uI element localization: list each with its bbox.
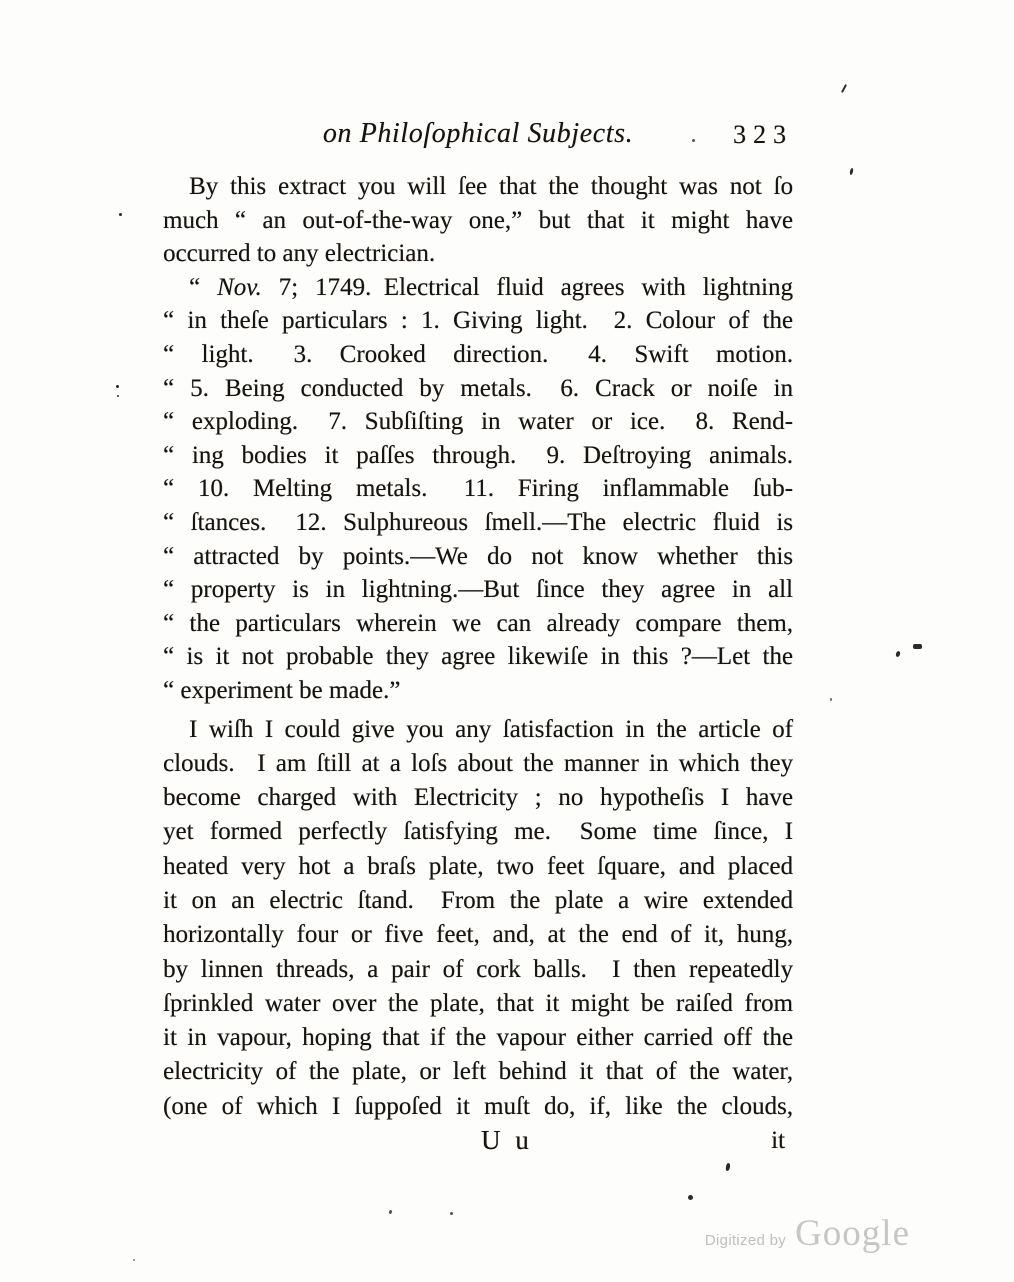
- scan-speck: [116, 385, 119, 388]
- text-line: I wiſh I could give you any ſatisfaction…: [163, 713, 793, 747]
- text-line: clouds. I am ſtill at a loſs about the m…: [163, 747, 793, 781]
- text-line: yet formed perfectly ſatisfying me. Some…: [163, 815, 793, 849]
- text-line: “ in theſe particulars : 1. Giving light…: [163, 304, 793, 338]
- text-line: By this extract you will ſee that the th…: [163, 170, 793, 204]
- paragraph-intro: By this extract you will ſee that the th…: [163, 170, 793, 271]
- catchword: it: [771, 1127, 785, 1155]
- scan-speck: [119, 213, 122, 216]
- scan-speck: [913, 644, 922, 649]
- text-line: it in vapour, hoping that if the vapour …: [163, 1021, 793, 1055]
- text-line: horizontally four or five feet, and, at …: [163, 918, 793, 952]
- text-line: heated very hot a braſs plate, two feet …: [163, 850, 793, 884]
- scan-speck: [725, 1163, 730, 1171]
- scan-speck: [388, 1210, 392, 1215]
- text-line: “ attracted by points.—We do not know wh…: [163, 540, 793, 574]
- page-header: on Philoſophical Subjects. 323: [163, 117, 793, 170]
- text-line: “ ſtances. 12. Sulphureous ſmell.—The el…: [163, 506, 793, 540]
- text-line: much “ an out-of-the-way one,” but that …: [163, 204, 793, 238]
- paragraph-quoted-extract: “ Nov. 7; 1749. Electrical fluid agrees …: [163, 271, 793, 708]
- quote-mark: “: [189, 274, 217, 301]
- text-line: “ is it not probable they agree likewiſe…: [163, 640, 793, 674]
- text-line: “ ing bodies it paſſes through. 9. Deſtr…: [163, 439, 793, 473]
- text-line: it on an electric ſtand. From the plate …: [163, 884, 793, 918]
- page-content: on Philoſophical Subjects. 323 By this e…: [163, 117, 793, 1161]
- scan-speck: [849, 168, 853, 175]
- scan-speck: [117, 395, 119, 397]
- scan-speck: [688, 1195, 693, 1200]
- running-title: on Philoſophical Subjects.: [163, 117, 793, 151]
- date-italic: Nov.: [217, 274, 262, 301]
- line-text: 7; 1749. Electrical fluid agrees with li…: [262, 274, 793, 301]
- signature-mark: U u: [481, 1125, 533, 1156]
- text-line: “ 10. Melting metals. 11. Firing inflamm…: [163, 472, 793, 506]
- text-line: “ 5. Being conducted by metals. 6. Crack…: [163, 372, 793, 406]
- page-number: 323: [733, 120, 793, 150]
- book-page: on Philoſophical Subjects. 323 By this e…: [0, 0, 1014, 1282]
- scan-speck: [830, 698, 832, 701]
- text-line: by linnen threads, a pair of cork balls.…: [163, 953, 793, 987]
- scan-speck: [450, 1212, 453, 1215]
- text-line: “ the particulars wherein we can already…: [163, 607, 793, 641]
- scan-speck: [133, 1259, 135, 1261]
- text-line: “ experiment be made.”: [163, 674, 793, 708]
- text-line: “ exploding. 7. Subſiſting in water or i…: [163, 405, 793, 439]
- text-line: (one of which I ſuppoſed it muſt do, if,…: [163, 1090, 793, 1124]
- paragraph-clouds: I wiſh I could give you any ſatisfaction…: [163, 713, 793, 1125]
- text-line: ſprinkled water over the plate, that it …: [163, 987, 793, 1021]
- digitized-by-label: Digitized by: [705, 1232, 786, 1249]
- text-line: occurred to any electrician.: [163, 237, 793, 271]
- text-line: become charged with Electricity ; no hyp…: [163, 781, 793, 815]
- google-logo: Google: [795, 1212, 910, 1255]
- google-watermark: Digitized by Google: [705, 1212, 910, 1255]
- text-line: electricity of the plate, or left behind…: [163, 1055, 793, 1089]
- signature-row: U u it: [163, 1125, 793, 1161]
- scan-speck: [895, 651, 901, 658]
- text-line: “ Nov. 7; 1749. Electrical fluid agrees …: [163, 271, 793, 305]
- text-line: “ light. 3. Crooked direction. 4. Swift …: [163, 338, 793, 372]
- text-line: “ property is in lightning.—But ſince th…: [163, 573, 793, 607]
- scan-speck: [692, 139, 695, 142]
- scan-speck: [841, 84, 847, 93]
